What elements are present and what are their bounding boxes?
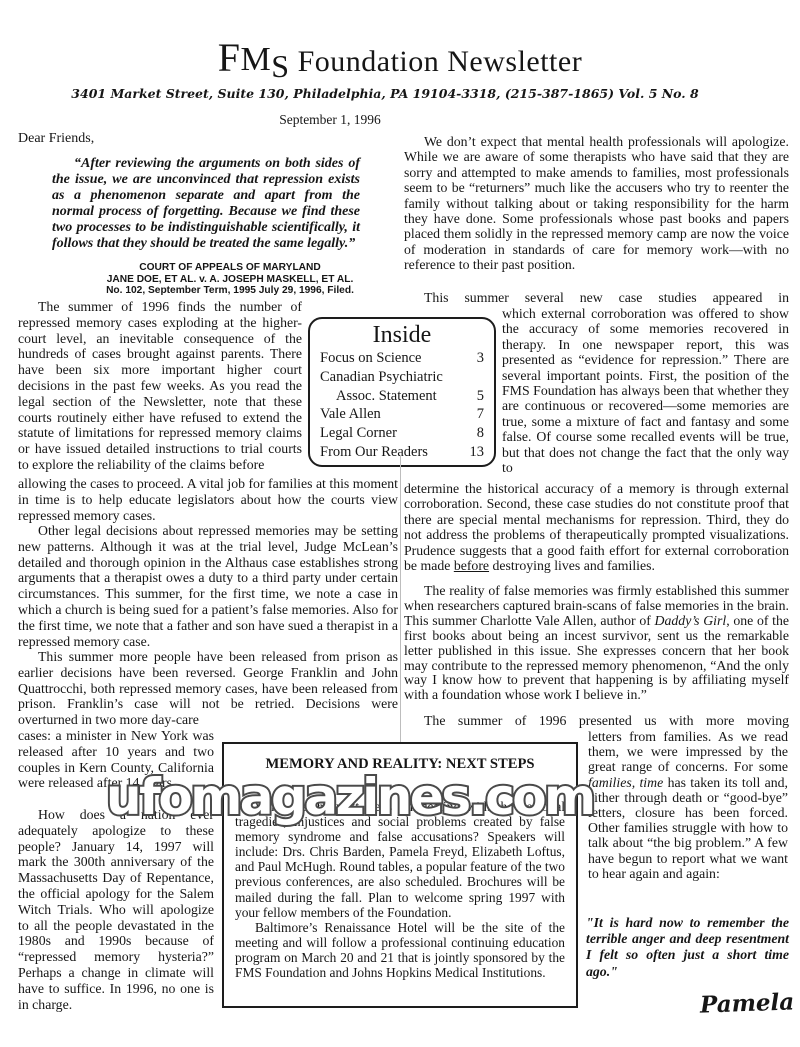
attribution-line-3: No. 102, September Term, 1995 July 29, 1… <box>80 285 380 297</box>
left-paragraph-1a: The summer of 1996 finds the number of r… <box>18 299 302 473</box>
inside-item: Vale Allen 7 <box>320 405 484 424</box>
left-paragraph-4: How does a nation ever adequately apolog… <box>18 807 214 1012</box>
right-paragraph-3: The reality of false memories was firmly… <box>404 584 789 703</box>
salutation: Dear Friends, <box>18 131 218 147</box>
italic-families-time: families, time <box>588 775 663 790</box>
logo-letter-f: F <box>218 35 241 80</box>
right-paragraph-2-narrow: which external corroboration was offered… <box>502 306 789 475</box>
left-paragraph-1b: allowing the cases to proceed. A vital j… <box>18 476 398 523</box>
right-paragraph-4-post: has taken its toll and, either through d… <box>588 775 788 881</box>
newsletter-title: FMS Foundation Newsletter <box>0 34 800 85</box>
left-paragraph-2: Other legal decisions about repressed me… <box>18 523 398 649</box>
issue-date: September 1, 1996 <box>230 112 430 128</box>
court-attribution: COURT OF APPEALS OF MARYLAND JANE DOE, E… <box>80 262 380 297</box>
masthead: FMS Foundation Newsletter <box>0 34 800 85</box>
watermark-ufomagazines: ufomagazines.com <box>106 768 594 826</box>
inside-item-label: Legal Corner <box>320 424 397 443</box>
inside-item: Canadian Psychiatric Assoc. Statement 5 <box>320 368 484 406</box>
inside-item-label: Vale Allen <box>320 405 381 424</box>
logo-letter-m: M <box>241 41 272 78</box>
inside-item-page: 13 <box>470 443 485 462</box>
attribution-line-1: COURT OF APPEALS OF MARYLAND <box>80 262 380 274</box>
inside-item: From Our Readers 13 <box>320 443 484 462</box>
inside-item-page: 7 <box>477 405 484 424</box>
opening-court-quote: “After reviewing the arguments on both s… <box>52 156 360 251</box>
newsletter-page: FMS Foundation Newsletter 3401 Market St… <box>0 0 800 1047</box>
logo-letter-s: S <box>271 48 289 84</box>
inside-item-page: 3 <box>477 349 484 368</box>
right-paragraph-4-narrow: letters from families. As we read them, … <box>588 729 788 881</box>
inside-item: Focus on Science 3 <box>320 349 484 368</box>
inside-item-label: From Our Readers <box>320 443 428 462</box>
inside-contents-panel: Inside Focus on Science 3 Canadian Psych… <box>308 317 496 467</box>
attribution-line-2: JANE DOE, ET AL. v. A. JOSEPH MASKELL, E… <box>80 274 380 286</box>
family-letter-quote: "It is hard now to remember the terrible… <box>586 915 789 980</box>
inside-item-page: 5 <box>477 387 484 406</box>
right-paragraph-4-lead: The summer of 1996 presented us with mor… <box>404 713 789 728</box>
book-title-daddys-girl: Daddy’s Girl <box>655 613 727 628</box>
inside-item-label: Focus on Science <box>320 349 421 368</box>
masthead-address: 3401 Market Street, Suite 130, Philadelp… <box>0 86 770 101</box>
inside-item: Legal Corner 8 <box>320 424 484 443</box>
right-paragraph-2-wide: determine the historical accuracy of a m… <box>404 481 789 573</box>
newsletter-title-rest: Foundation Newsletter <box>290 45 583 78</box>
right-paragraph-4-pre: letters from families. As we read them, … <box>588 729 788 774</box>
right-paragraph-2-wide-post: destroying lives and families. <box>489 558 655 573</box>
signature-pamela: Pamela <box>700 988 796 1018</box>
inside-item-page: 8 <box>477 424 484 443</box>
right-paragraph-2-lead: This summer several new case studies app… <box>404 290 789 305</box>
underlined-word-before: before <box>454 558 489 573</box>
left-paragraph-3a: This summer more people have been releas… <box>18 649 398 728</box>
right-paragraph-1: We don’t expect that mental health profe… <box>404 134 789 273</box>
column-divider <box>400 455 401 745</box>
conference-box-paragraph-2: Baltimore’s Renaissance Hotel will be th… <box>235 920 565 980</box>
inside-title: Inside <box>320 321 484 349</box>
inside-item-label: Canadian Psychiatric Assoc. Statement <box>320 368 471 406</box>
